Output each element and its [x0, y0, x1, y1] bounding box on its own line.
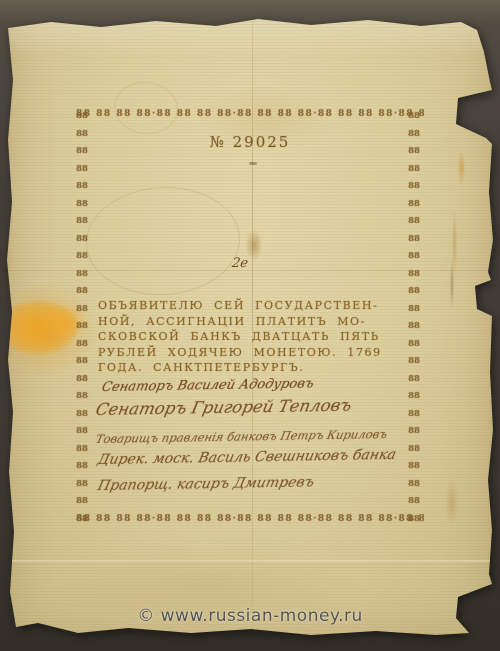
body-text-line: СКОВСКОЙ БАНКЪ ДВАТЦАТЬ ПЯТЬ	[98, 329, 410, 345]
assignat-paper: 88 88 88 88·88 88 88 88·88 88 88 88·88 8…	[6, 12, 494, 640]
stain-orange-left	[0, 300, 78, 355]
signature-line: Сенаторъ Григорей Тепловъ	[94, 396, 354, 419]
printed-obligation-text: ОБЪЯВИТЕЛЮ СЕЙ ГОСУДАРСТВЕН- НОЙ, АССИГН…	[98, 298, 410, 376]
embossed-oval-watermark	[83, 183, 242, 299]
body-text-line: НОЙ, АССИГНАЦIИ ПЛАТИТЪ МО-	[98, 314, 410, 330]
frame-border-bottom: 88 88 88 88·88 88 88 88·88 88 88 88·88 8…	[76, 514, 424, 524]
banknote-photo: 88 88 88 88·88 88 88 88·88 88 88 88·88 8…	[0, 0, 500, 651]
body-text-line: ОБЪЯВИТЕЛЮ СЕЙ ГОСУДАРСТВЕН-	[98, 298, 410, 314]
serial-number: № 29025	[76, 133, 424, 151]
embossed-circle-watermark	[111, 79, 180, 137]
assignat-paper-wrap: 88 88 88 88·88 88 88 88·88 88 88 88·88 8…	[6, 12, 494, 640]
stain-orange-halo	[0, 284, 94, 376]
frame-border-left: 88 88 88 88 88 88 88 88 88 88 88 88 88 8…	[74, 108, 90, 528]
watermark-caption: © www.russian-money.ru	[0, 606, 500, 626]
horizontal-crease	[10, 270, 490, 271]
series-mark: 2е	[231, 256, 249, 271]
horizontal-crease	[10, 560, 490, 562]
stain-orange-bump	[42, 304, 86, 338]
signature-line: Сенаторъ Василей Адодуровъ	[100, 376, 315, 395]
stain-right-streak	[446, 480, 458, 524]
body-text-line: ГОДА. САНКТПЕТЕРБУРГЪ.	[98, 360, 410, 376]
signature-line: Прапорщ. касиръ Дмитревъ	[96, 474, 315, 494]
stain-right-drip	[450, 260, 454, 308]
signature-line: Товарищъ правленія банковъ Петръ Кирилов…	[95, 427, 389, 446]
body-text-line: РУБЛЕЙ ХОДЯЧЕЮ МОНЕТОЮ. 1769	[98, 345, 410, 361]
fold-ink-mark	[249, 162, 257, 165]
stain-right-streak	[458, 152, 465, 184]
signature-line: Дирек. моск. Василь Свешниковъ банка	[96, 447, 397, 468]
stain-right-streak	[452, 212, 457, 274]
